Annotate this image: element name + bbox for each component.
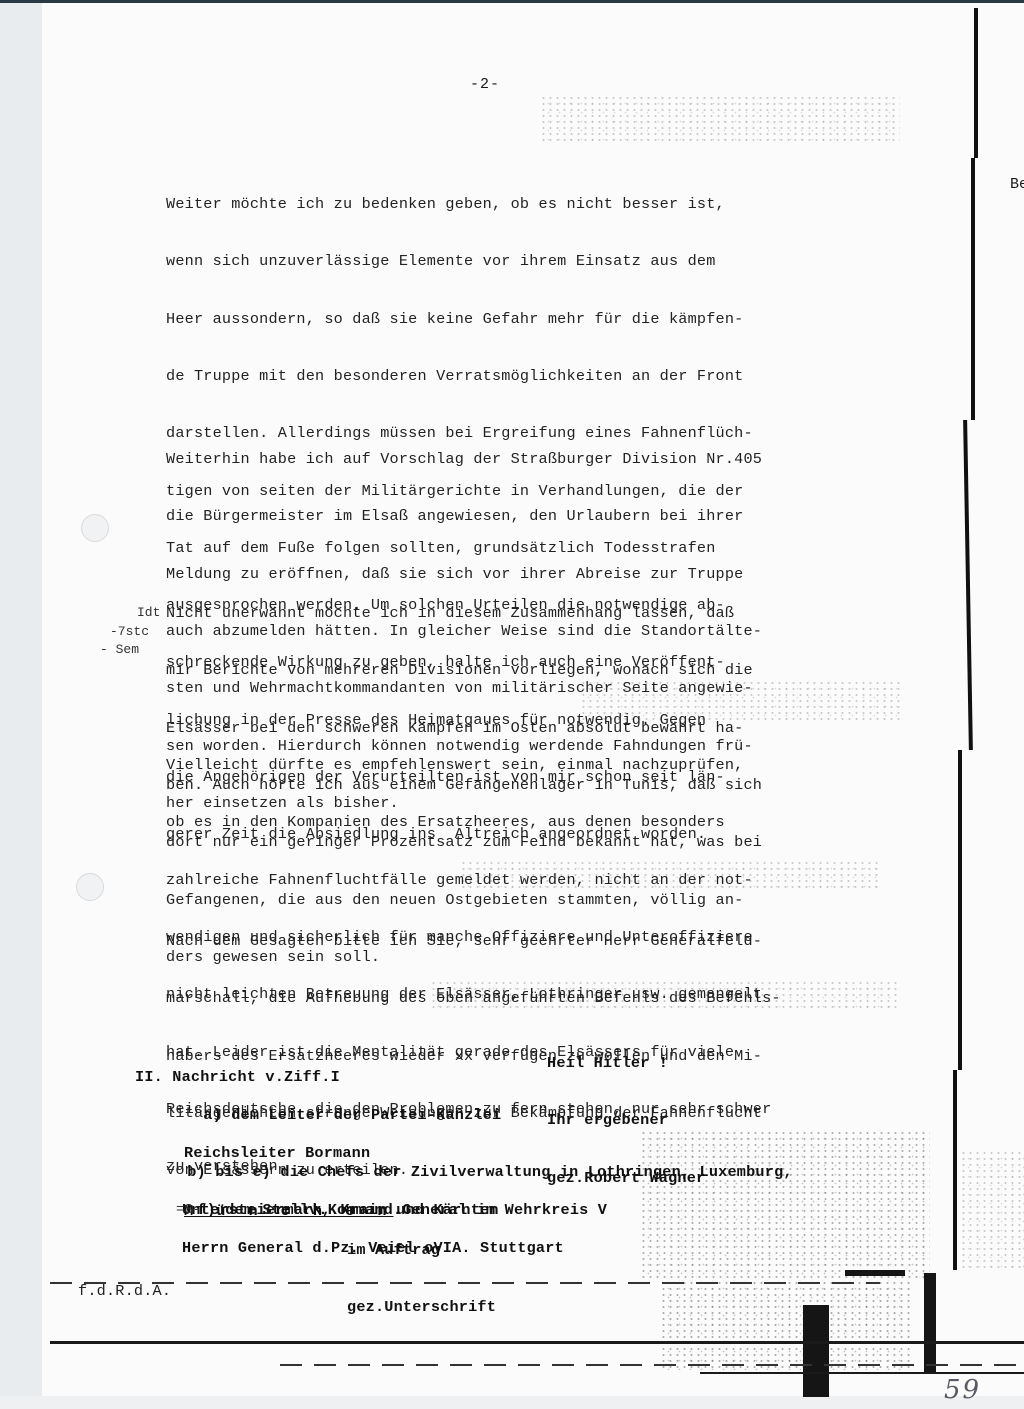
copy-noise	[960, 1150, 1024, 1270]
page-fold-line	[974, 8, 978, 158]
text-line: wenn sich unzuverlässige Elemente vor ih…	[166, 252, 886, 271]
authorization-block: im Auftrag gez.Unterschrift	[347, 1203, 607, 1337]
adjacent-page-text: Be	[1010, 176, 1024, 193]
text-line: Weiterhin habe ich auf Vorschlag der Str…	[166, 450, 886, 469]
distribution-line: f) dem Stellv.Kommand.General im Wehrkre…	[160, 1182, 720, 1201]
punch-hole-top	[81, 514, 109, 542]
page-fold-line	[971, 158, 975, 420]
text-line: marschall, die Aufhebung des oben angefü…	[166, 989, 886, 1008]
text-line: Vielleicht dürfte es empfehlenswert sein…	[166, 756, 886, 775]
authorization-line: im Auftrag	[347, 1241, 607, 1260]
margin-annotation: Idt	[137, 605, 160, 620]
scan-bottom-edge	[0, 1396, 1024, 1409]
stray-mark: =S-	[176, 1202, 201, 1218]
margin-annotation: -7stc	[110, 624, 149, 639]
scan-artifact	[924, 1273, 936, 1373]
scan-line	[50, 1341, 1024, 1344]
text-line: Nach dem Gesagten bitte ich Sie, sehr ge…	[166, 932, 886, 951]
scan-artifact	[845, 1270, 905, 1276]
scan-line	[50, 1282, 880, 1284]
text-line: Weiter möchte ich zu bedenken geben, ob …	[166, 195, 886, 214]
text-line: die Bürgermeister im Elsaß angewiesen, d…	[166, 507, 886, 526]
text-line: Heer aussondern, so daß sie keine Gefahr…	[166, 310, 886, 329]
page-fold-line	[953, 1070, 957, 1270]
punch-hole-bottom	[76, 873, 104, 901]
page-fold-line	[958, 750, 962, 1070]
scan-line	[700, 1372, 1024, 1374]
scan-line	[280, 1364, 1024, 1366]
text-line: de Truppe mit den besonderen Verratsmögl…	[166, 367, 886, 386]
scan-margin	[0, 3, 42, 1409]
distribution-line: a) dem Leiter der Partei-Kanzlei	[166, 1087, 546, 1106]
scan-artifact	[803, 1305, 829, 1397]
handwritten-folio-number: 59	[944, 1375, 981, 1405]
certification-text: f.d.R.d.A.	[78, 1282, 278, 1301]
page-number: -2-	[470, 76, 500, 93]
authorization-signature: gez.Unterschrift	[347, 1298, 607, 1317]
text-line: zahlreiche Fahnenfluchtfälle gemeldet we…	[166, 871, 886, 890]
copy-noise	[660, 1280, 910, 1370]
text-line: Nicht unerwähnt möchte ich in diesem Zus…	[166, 604, 886, 623]
margin-annotation: - Sem	[100, 642, 139, 657]
text-line: mir Berichte von mehreren Divisionen vor…	[166, 661, 886, 680]
text-line: ob es in den Kompanien des Ersatzheeres,…	[166, 813, 886, 832]
copy-noise	[540, 95, 900, 145]
